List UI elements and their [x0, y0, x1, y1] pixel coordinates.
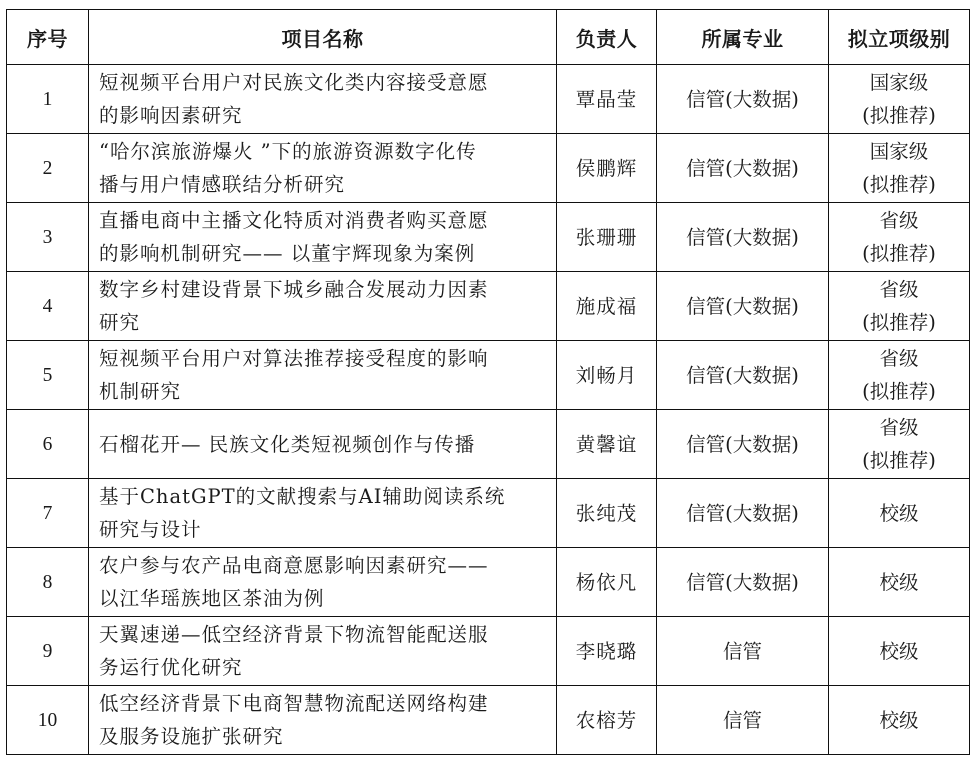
project-level: 省级(拟推荐) [829, 272, 970, 341]
project-name: 农户参与农产品电商意愿影响因素研究——以江华瑶族地区茶油为例 [89, 548, 557, 617]
project-name-line: 低空经济背景下电商智慧物流配送网络构建 [99, 687, 550, 720]
project-name-line: 研究 [99, 306, 550, 339]
project-name-line: 农户参与农产品电商意愿影响因素研究—— [99, 549, 550, 582]
header-major: 所属专业 [657, 10, 829, 65]
project-level: 校级 [829, 617, 970, 686]
level-note: (拟推荐) [829, 444, 969, 477]
row-number: 2 [7, 134, 89, 203]
project-name-line: 基于ChatGPT的文献搜索与AI辅助阅读系统 [99, 480, 550, 513]
project-level: 省级(拟推荐) [829, 341, 970, 410]
project-major: 信管(大数据) [657, 341, 829, 410]
table-row: 5 短视频平台用户对算法推荐接受程度的影响机制研究 刘畅月 信管(大数据) 省级… [7, 341, 970, 410]
row-number: 10 [7, 686, 89, 755]
project-name-line: 短视频平台用户对民族文化类内容接受意愿 [99, 66, 550, 99]
project-major: 信管(大数据) [657, 203, 829, 272]
project-major: 信管(大数据) [657, 272, 829, 341]
project-name: 短视频平台用户对民族文化类内容接受意愿的影响因素研究 [89, 65, 557, 134]
level-note: (拟推荐) [829, 99, 969, 132]
level-note: (拟推荐) [829, 306, 969, 339]
project-level: 校级 [829, 686, 970, 755]
table-row: 8 农户参与农产品电商意愿影响因素研究——以江华瑶族地区茶油为例 杨依凡 信管(… [7, 548, 970, 617]
table-row: 7 基于ChatGPT的文献搜索与AI辅助阅读系统研究与设计 张纯茂 信管(大数… [7, 479, 970, 548]
project-owner: 施成福 [557, 272, 657, 341]
project-major: 信管 [657, 617, 829, 686]
project-name-line: 石榴花开— 民族文化类短视频创作与传播 [99, 428, 550, 461]
project-owner: 张珊珊 [557, 203, 657, 272]
project-name-line: 天翼速递—低空经济背景下物流智能配送服 [99, 618, 550, 651]
row-number: 8 [7, 548, 89, 617]
header-no: 序号 [7, 10, 89, 65]
table-row: 2 “哈尔滨旅游爆火 ”下的旅游资源数字化传播与用户情感联结分析研究 侯鹏辉 信… [7, 134, 970, 203]
project-name-line: 的影响机制研究—— 以董宇辉现象为案例 [99, 237, 550, 270]
row-number: 1 [7, 65, 89, 134]
project-name: 基于ChatGPT的文献搜索与AI辅助阅读系统研究与设计 [89, 479, 557, 548]
project-name: 低空经济背景下电商智慧物流配送网络构建及服务设施扩张研究 [89, 686, 557, 755]
project-level: 校级 [829, 548, 970, 617]
project-name: 数字乡村建设背景下城乡融合发展动力因素研究 [89, 272, 557, 341]
project-owner: 杨依凡 [557, 548, 657, 617]
project-name-line: 直播电商中主播文化特质对消费者购买意愿 [99, 204, 550, 237]
header-level: 拟立项级别 [829, 10, 970, 65]
project-level: 国家级(拟推荐) [829, 65, 970, 134]
project-owner: 农榕芳 [557, 686, 657, 755]
project-major: 信管(大数据) [657, 548, 829, 617]
project-name: 天翼速递—低空经济背景下物流智能配送服务运行优化研究 [89, 617, 557, 686]
project-major: 信管(大数据) [657, 410, 829, 479]
project-table: 序号 项目名称 负责人 所属专业 拟立项级别 1 短视频平台用户对民族文化类内容… [6, 9, 970, 755]
row-number: 7 [7, 479, 89, 548]
row-number: 4 [7, 272, 89, 341]
project-level: 省级(拟推荐) [829, 410, 970, 479]
level-line: 省级 [829, 342, 969, 375]
project-name-line: 的影响因素研究 [99, 99, 550, 132]
project-owner: 张纯茂 [557, 479, 657, 548]
table-row: 3 直播电商中主播文化特质对消费者购买意愿的影响机制研究—— 以董宇辉现象为案例… [7, 203, 970, 272]
row-number: 6 [7, 410, 89, 479]
project-name-line: “哈尔滨旅游爆火 ”下的旅游资源数字化传 [99, 135, 550, 168]
table-row: 10 低空经济背景下电商智慧物流配送网络构建及服务设施扩张研究 农榕芳 信管 校… [7, 686, 970, 755]
project-name: 石榴花开— 民族文化类短视频创作与传播 [89, 410, 557, 479]
project-level: 省级(拟推荐) [829, 203, 970, 272]
project-major: 信管 [657, 686, 829, 755]
project-major: 信管(大数据) [657, 479, 829, 548]
project-name-line: 播与用户情感联结分析研究 [99, 168, 550, 201]
row-number: 5 [7, 341, 89, 410]
project-owner: 刘畅月 [557, 341, 657, 410]
table-row: 4 数字乡村建设背景下城乡融合发展动力因素研究 施成福 信管(大数据) 省级(拟… [7, 272, 970, 341]
project-name-line: 以江华瑶族地区茶油为例 [99, 582, 550, 615]
table-body: 1 短视频平台用户对民族文化类内容接受意愿的影响因素研究 覃晶莹 信管(大数据)… [7, 65, 970, 755]
header-owner: 负责人 [557, 10, 657, 65]
table-row: 1 短视频平台用户对民族文化类内容接受意愿的影响因素研究 覃晶莹 信管(大数据)… [7, 65, 970, 134]
header-row: 序号 项目名称 负责人 所属专业 拟立项级别 [7, 10, 970, 65]
project-major: 信管(大数据) [657, 65, 829, 134]
row-number: 3 [7, 203, 89, 272]
project-major: 信管(大数据) [657, 134, 829, 203]
project-name-line: 及服务设施扩张研究 [99, 720, 550, 753]
level-line: 省级 [829, 204, 969, 237]
level-note: (拟推荐) [829, 375, 969, 408]
project-owner: 黄馨谊 [557, 410, 657, 479]
project-name: 短视频平台用户对算法推荐接受程度的影响机制研究 [89, 341, 557, 410]
project-name-line: 研究与设计 [99, 513, 550, 546]
project-name-line: 务运行优化研究 [99, 651, 550, 684]
project-owner: 侯鹏辉 [557, 134, 657, 203]
project-name: “哈尔滨旅游爆火 ”下的旅游资源数字化传播与用户情感联结分析研究 [89, 134, 557, 203]
level-line: 省级 [829, 273, 969, 306]
level-line: 国家级 [829, 66, 969, 99]
level-line: 省级 [829, 411, 969, 444]
project-name-line: 数字乡村建设背景下城乡融合发展动力因素 [99, 273, 550, 306]
project-owner: 覃晶莹 [557, 65, 657, 134]
table-row: 6 石榴花开— 民族文化类短视频创作与传播 黄馨谊 信管(大数据) 省级(拟推荐… [7, 410, 970, 479]
table-row: 9 天翼速递—低空经济背景下物流智能配送服务运行优化研究 李晓璐 信管 校级 [7, 617, 970, 686]
row-number: 9 [7, 617, 89, 686]
project-level: 国家级(拟推荐) [829, 134, 970, 203]
project-owner: 李晓璐 [557, 617, 657, 686]
project-name-line: 短视频平台用户对算法推荐接受程度的影响 [99, 342, 550, 375]
project-name-line: 机制研究 [99, 375, 550, 408]
project-level: 校级 [829, 479, 970, 548]
level-note: (拟推荐) [829, 168, 969, 201]
level-note: (拟推荐) [829, 237, 969, 270]
level-line: 国家级 [829, 135, 969, 168]
project-name: 直播电商中主播文化特质对消费者购买意愿的影响机制研究—— 以董宇辉现象为案例 [89, 203, 557, 272]
header-project-name: 项目名称 [89, 10, 557, 65]
